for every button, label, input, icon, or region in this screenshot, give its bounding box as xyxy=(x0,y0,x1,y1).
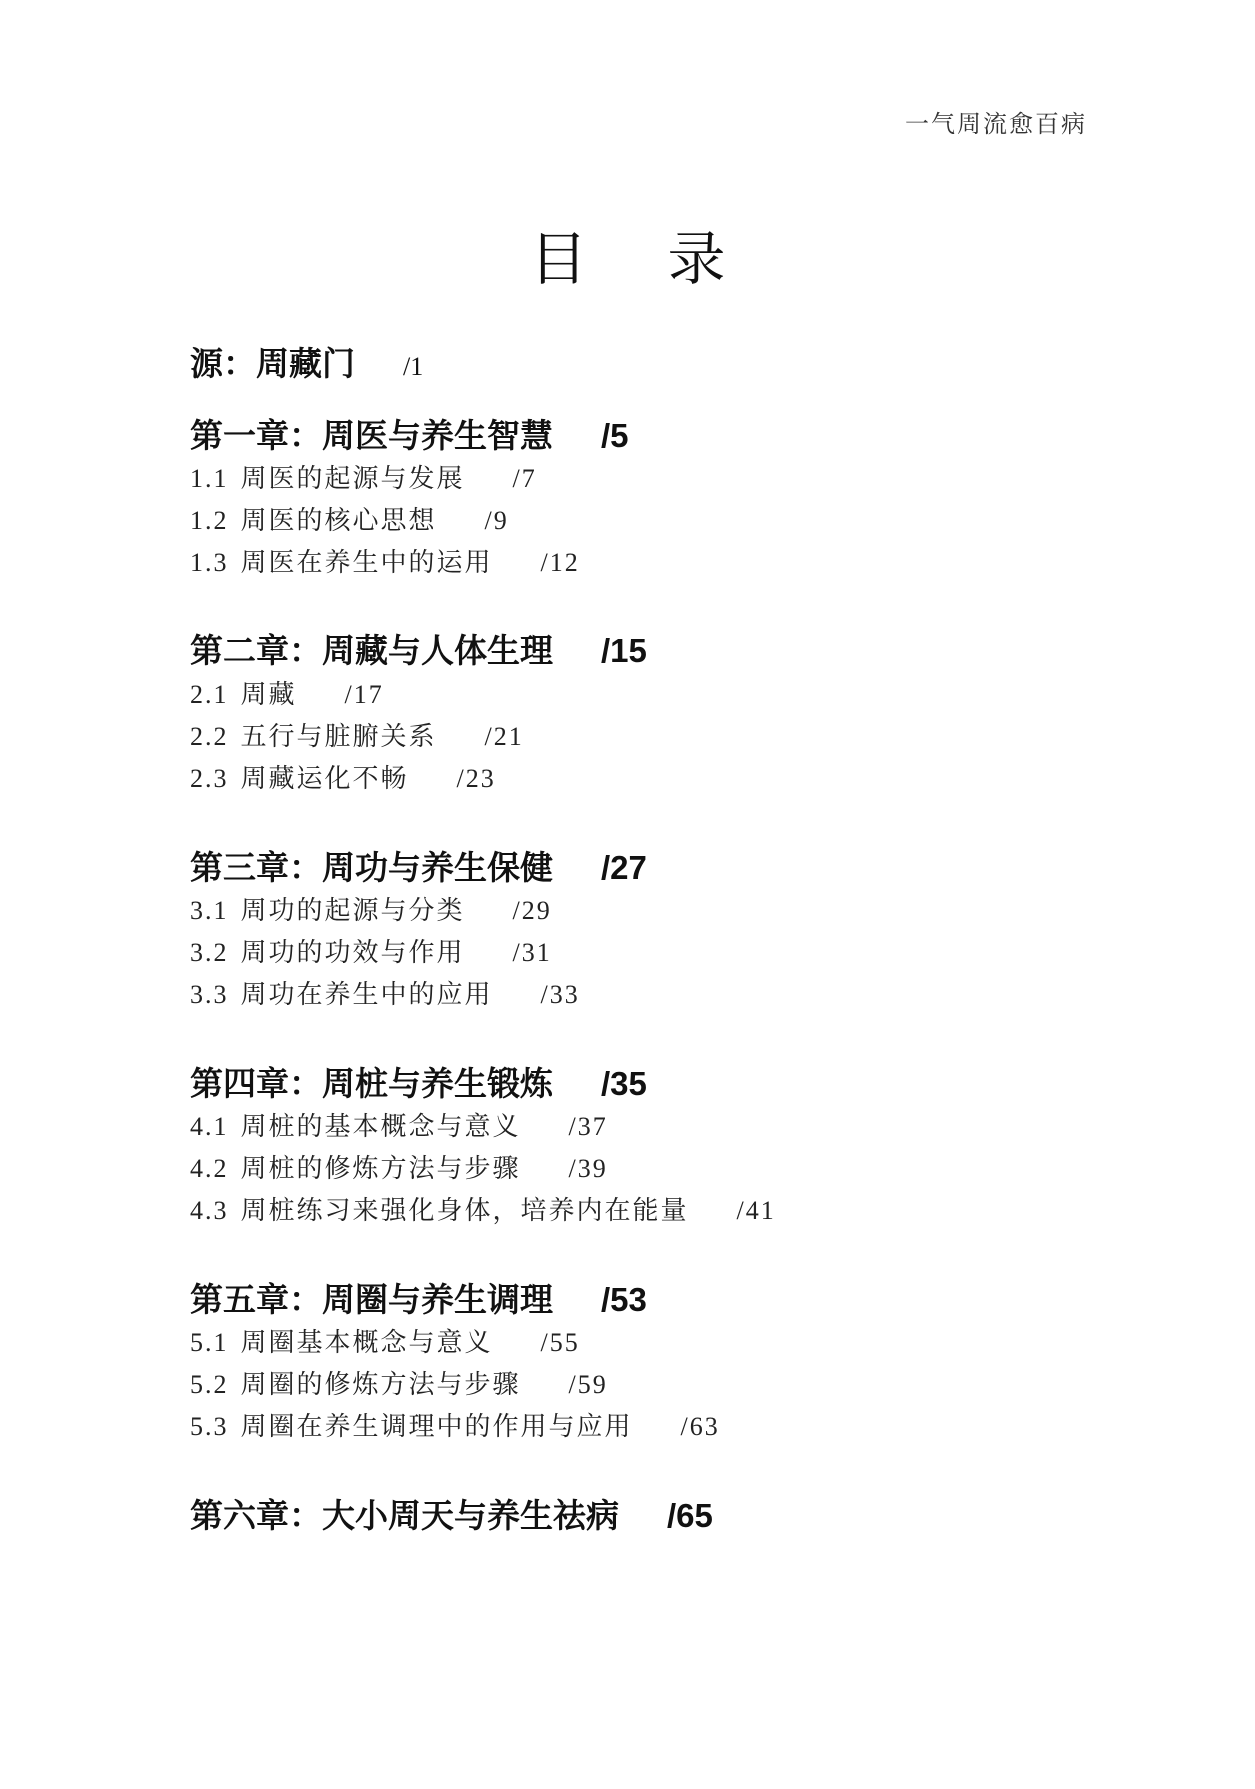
chapter-label: 第五章：周圈与养生调理 xyxy=(190,1280,553,1319)
section-number: 2.3 xyxy=(190,764,229,793)
section-label: 周藏运化不畅 xyxy=(241,764,409,794)
title-char-2: 录 xyxy=(668,212,726,296)
section-label: 周桩的基本概念与意义 xyxy=(241,1112,521,1142)
section-page: /29 xyxy=(513,896,552,925)
toc-section-2-3[interactable]: 2.3周藏运化不畅/23 xyxy=(190,758,496,795)
section-page: /59 xyxy=(569,1370,608,1399)
section-page: /55 xyxy=(541,1328,580,1357)
toc-section-2-2[interactable]: 2.2五行与脏腑关系/21 xyxy=(190,716,524,753)
section-page: /21 xyxy=(485,722,524,751)
section-number: 1.3 xyxy=(190,548,229,577)
entry-label: 源：周藏门 xyxy=(190,344,355,383)
section-number: 5.1 xyxy=(190,1328,229,1357)
section-page: /23 xyxy=(457,764,496,793)
section-number: 3.2 xyxy=(190,938,229,967)
section-label: 周功在养生中的应用 xyxy=(241,980,493,1010)
toc-chapter-5[interactable]: 第五章：周圈与养生调理/53 xyxy=(190,1274,647,1321)
toc-section-1-3[interactable]: 1.3周医在养生中的运用/12 xyxy=(190,542,580,579)
section-label: 周医在养生中的运用 xyxy=(241,548,493,578)
section-page: /63 xyxy=(681,1412,720,1441)
title-char-1: 目 xyxy=(529,212,587,296)
section-label: 周医的核心思想 xyxy=(241,506,437,536)
section-label: 五行与脏腑关系 xyxy=(241,722,437,752)
toc-chapter-4[interactable]: 第四章：周桩与养生锻炼/35 xyxy=(190,1058,647,1105)
toc-section-1-1[interactable]: 1.1周医的起源与发展/7 xyxy=(190,458,537,495)
toc-entry-source[interactable]: 源：周藏门/1 xyxy=(190,338,423,385)
section-page: /7 xyxy=(513,464,537,493)
section-label: 周圈的修炼方法与步骤 xyxy=(241,1370,521,1400)
section-number: 2.2 xyxy=(190,722,229,751)
section-label: 周桩的修炼方法与步骤 xyxy=(241,1154,521,1184)
toc-section-1-2[interactable]: 1.2周医的核心思想/9 xyxy=(190,500,509,537)
section-number: 1.2 xyxy=(190,506,229,535)
chapter-page: /15 xyxy=(601,632,647,669)
chapter-page: /27 xyxy=(601,849,647,886)
section-label: 周圈基本概念与意义 xyxy=(241,1328,493,1358)
section-label: 周功的功效与作用 xyxy=(241,938,465,968)
section-label: 周圈在养生调理中的作用与应用 xyxy=(241,1412,633,1442)
toc-section-2-1[interactable]: 2.1周藏/17 xyxy=(190,674,384,711)
chapter-page: /5 xyxy=(601,417,629,454)
section-label: 周功的起源与分类 xyxy=(241,896,465,926)
toc-section-3-2[interactable]: 3.2周功的功效与作用/31 xyxy=(190,932,552,969)
toc-chapter-1[interactable]: 第一章：周医与养生智慧/5 xyxy=(190,410,629,457)
chapter-label: 第四章：周桩与养生锻炼 xyxy=(190,1064,553,1103)
section-page: /31 xyxy=(513,938,552,967)
toc-section-4-2[interactable]: 4.2周桩的修炼方法与步骤/39 xyxy=(190,1148,608,1185)
section-label: 周医的起源与发展 xyxy=(241,464,465,494)
section-number: 1.1 xyxy=(190,464,229,493)
toc-chapter-2[interactable]: 第二章：周藏与人体生理/15 xyxy=(190,625,647,672)
section-page: /37 xyxy=(569,1112,608,1141)
chapter-label: 第一章：周医与养生智慧 xyxy=(190,416,553,455)
toc-section-4-3[interactable]: 4.3周桩练习来强化身体，培养内在能量/41 xyxy=(190,1190,776,1227)
toc-section-3-1[interactable]: 3.1周功的起源与分类/29 xyxy=(190,890,552,927)
toc-section-3-3[interactable]: 3.3周功在养生中的应用/33 xyxy=(190,974,580,1011)
toc-chapter-6[interactable]: 第六章：大小周天与养生祛病/65 xyxy=(190,1490,713,1537)
chapter-page: /35 xyxy=(601,1065,647,1102)
section-label: 周桩练习来强化身体，培养内在能量 xyxy=(241,1196,689,1226)
page-title: 目录 xyxy=(0,212,1255,296)
section-number: 5.3 xyxy=(190,1412,229,1441)
entry-page: /1 xyxy=(403,352,423,381)
section-number: 3.1 xyxy=(190,896,229,925)
chapter-label: 第二章：周藏与人体生理 xyxy=(190,631,553,670)
chapter-page: /53 xyxy=(601,1281,647,1318)
running-header: 一气周流愈百病 xyxy=(905,104,1087,139)
chapter-label: 第三章：周功与养生保健 xyxy=(190,848,553,887)
toc-chapter-3[interactable]: 第三章：周功与养生保健/27 xyxy=(190,842,647,889)
toc-section-5-2[interactable]: 5.2周圈的修炼方法与步骤/59 xyxy=(190,1364,608,1401)
section-label: 周藏 xyxy=(241,680,297,710)
section-number: 4.1 xyxy=(190,1112,229,1141)
toc-section-5-3[interactable]: 5.3周圈在养生调理中的作用与应用/63 xyxy=(190,1406,720,1443)
section-number: 2.1 xyxy=(190,680,229,709)
section-page: /33 xyxy=(541,980,580,1009)
section-page: /41 xyxy=(737,1196,776,1225)
section-number: 4.2 xyxy=(190,1154,229,1183)
toc-section-4-1[interactable]: 4.1周桩的基本概念与意义/37 xyxy=(190,1106,608,1143)
section-page: /12 xyxy=(541,548,580,577)
chapter-page: /65 xyxy=(667,1497,713,1534)
section-number: 3.3 xyxy=(190,980,229,1009)
section-page: /39 xyxy=(569,1154,608,1183)
section-page: /9 xyxy=(485,506,509,535)
section-page: /17 xyxy=(345,680,384,709)
section-number: 4.3 xyxy=(190,1196,229,1225)
toc-section-5-1[interactable]: 5.1周圈基本概念与意义/55 xyxy=(190,1322,580,1359)
chapter-label: 第六章：大小周天与养生祛病 xyxy=(190,1496,619,1535)
section-number: 5.2 xyxy=(190,1370,229,1399)
